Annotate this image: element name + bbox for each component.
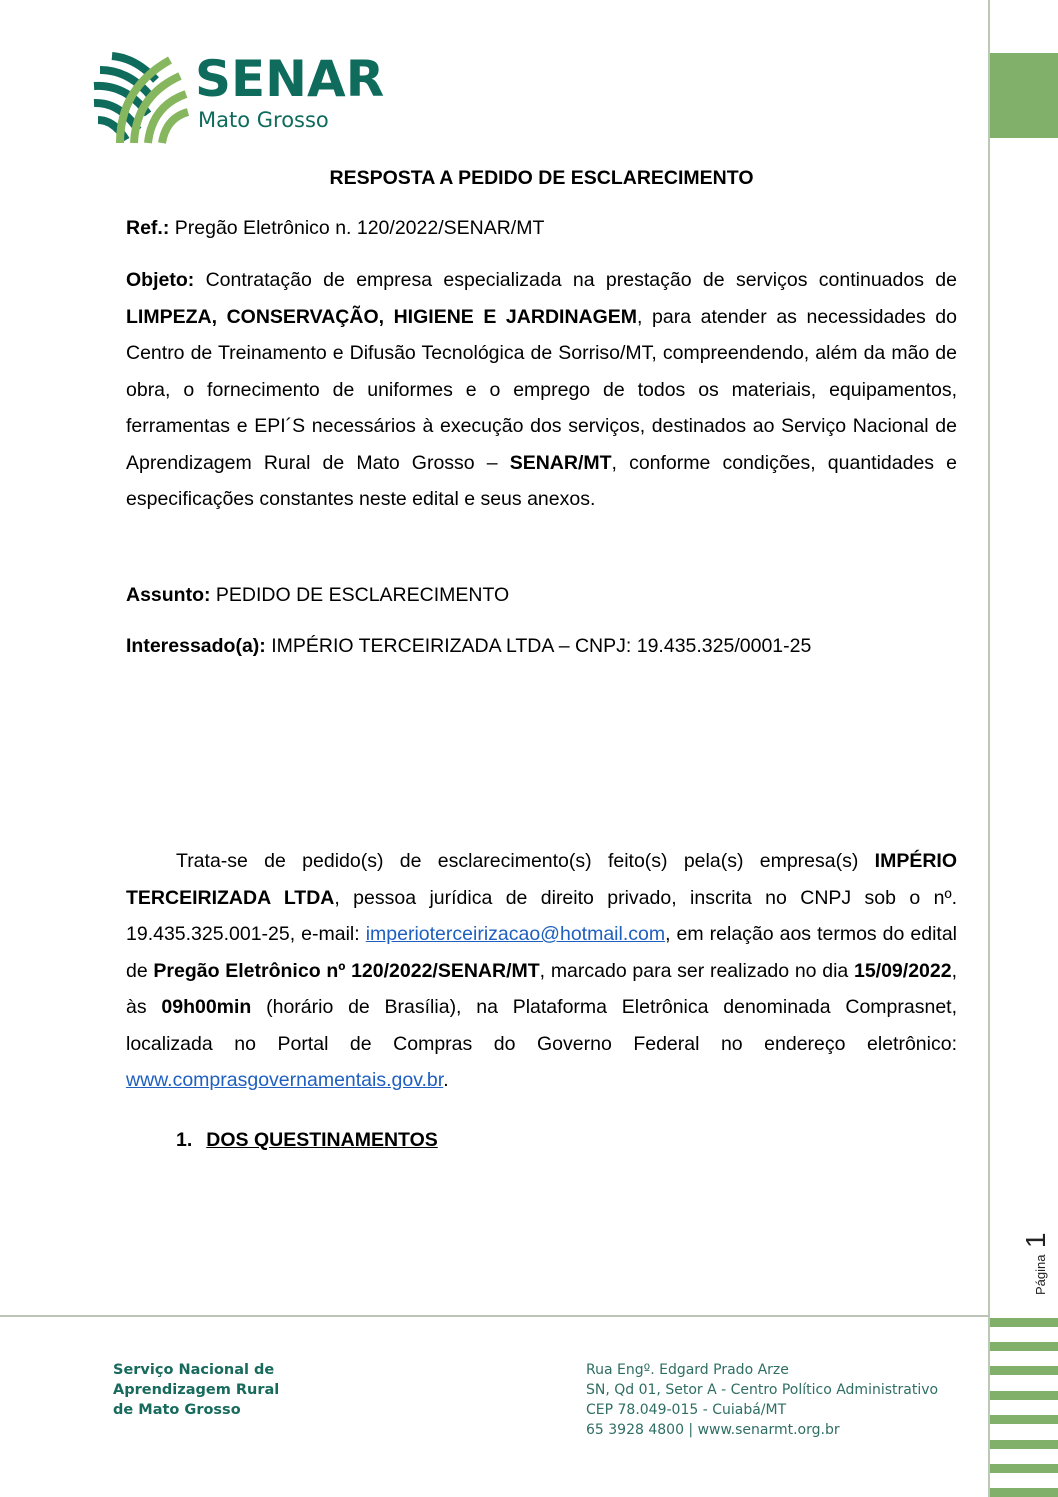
- paragraph-text: .: [443, 1069, 448, 1091]
- footer-address: Rua Engº. Edgard Prado Arze SN, Qd 01, S…: [586, 1360, 938, 1440]
- ref-label: Ref.:: [126, 217, 169, 239]
- tender-time: 09h00min: [161, 996, 251, 1018]
- reference: Ref.: Pregão Eletrônico n. 120/2022/SENA…: [126, 210, 544, 247]
- paragraph-text: , marcado para ser realizado no dia: [540, 960, 854, 982]
- page-label: Página: [1033, 1255, 1048, 1295]
- subject-value: PEDIDO DE ESCLARECIMENTO: [211, 584, 510, 606]
- subject: Assunto: PEDIDO DE ESCLARECIMENTO: [126, 577, 509, 614]
- footer-organization: Serviço Nacional de Aprendizagem Rural d…: [113, 1360, 279, 1420]
- header-green-block: [990, 53, 1058, 138]
- logo-region: Mato Grosso: [198, 108, 329, 132]
- right-margin-line: [988, 0, 990, 1497]
- document-title: RESPOSTA A PEDIDO DE ESCLARECIMENTO: [126, 160, 957, 197]
- page-number: Página 1: [1012, 1215, 1052, 1305]
- objeto-text: , para atender as necessidades do Centro…: [126, 306, 957, 474]
- footer-address-line: Rua Engº. Edgard Prado Arze: [586, 1360, 938, 1380]
- ref-value: Pregão Eletrônico n. 120/2022/SENAR/MT: [169, 217, 544, 239]
- footer-contact-line: 65 3928 4800 | www.senarmt.org.br: [586, 1420, 938, 1440]
- logo-brand: SENAR: [195, 50, 384, 108]
- footer-org-line: Serviço Nacional de: [113, 1360, 279, 1380]
- footer-divider: [0, 1315, 990, 1317]
- paragraph-text: Trata-se de pedido(s) de esclarecimento(…: [176, 850, 875, 872]
- page-number-value: 1: [1020, 1232, 1051, 1248]
- interested-value: IMPÉRIO TERCEIRIZADA LTDA – CNPJ: 19.435…: [266, 635, 812, 657]
- interested-label: Interessado(a):: [126, 635, 266, 657]
- interested-party: Interessado(a): IMPÉRIO TERCEIRIZADA LTD…: [126, 628, 811, 665]
- main-paragraph: Trata-se de pedido(s) de esclarecimento(…: [126, 843, 957, 1099]
- objeto-services: LIMPEZA, CONSERVAÇÃO, HIGIENE E JARDINAG…: [126, 306, 637, 328]
- senar-logo: SENAR Mato Grosso: [90, 48, 380, 148]
- objeto-label: Objeto:: [126, 269, 194, 291]
- footer-org-line: Aprendizagem Rural: [113, 1380, 279, 1400]
- section-heading: 1.DOS QUESTINAMENTOS: [176, 1122, 438, 1159]
- subject-label: Assunto:: [126, 584, 211, 606]
- footer-org-line: de Mato Grosso: [113, 1400, 279, 1420]
- tender-date: 15/09/2022: [854, 960, 952, 982]
- footer-address-line: CEP 78.049-015 - Cuiabá/MT: [586, 1400, 938, 1420]
- objeto-text: Contratação de empresa especializada na …: [194, 269, 957, 291]
- objeto-paragraph: Objeto: Contratação de empresa especiali…: [126, 421, 957, 518]
- section-title: DOS QUESTINAMENTOS: [206, 1129, 438, 1151]
- footer-green-stripes: [990, 1315, 1058, 1497]
- tender-reference: Pregão Eletrônico nº 120/2022/SENAR/MT: [153, 960, 539, 982]
- paragraph-text: (horário de Brasília), na Plataforma Ele…: [126, 996, 957, 1055]
- email-link[interactable]: imperioterceirizacao@hotmail.com: [366, 923, 665, 945]
- section-number: 1.: [176, 1129, 192, 1151]
- footer-address-line: SN, Qd 01, Setor A - Centro Político Adm…: [586, 1380, 938, 1400]
- website-link[interactable]: www.comprasgovernamentais.gov.br: [126, 1069, 443, 1091]
- senar-leaf-icon: [90, 48, 190, 148]
- objeto-entity: SENAR/MT: [510, 452, 612, 474]
